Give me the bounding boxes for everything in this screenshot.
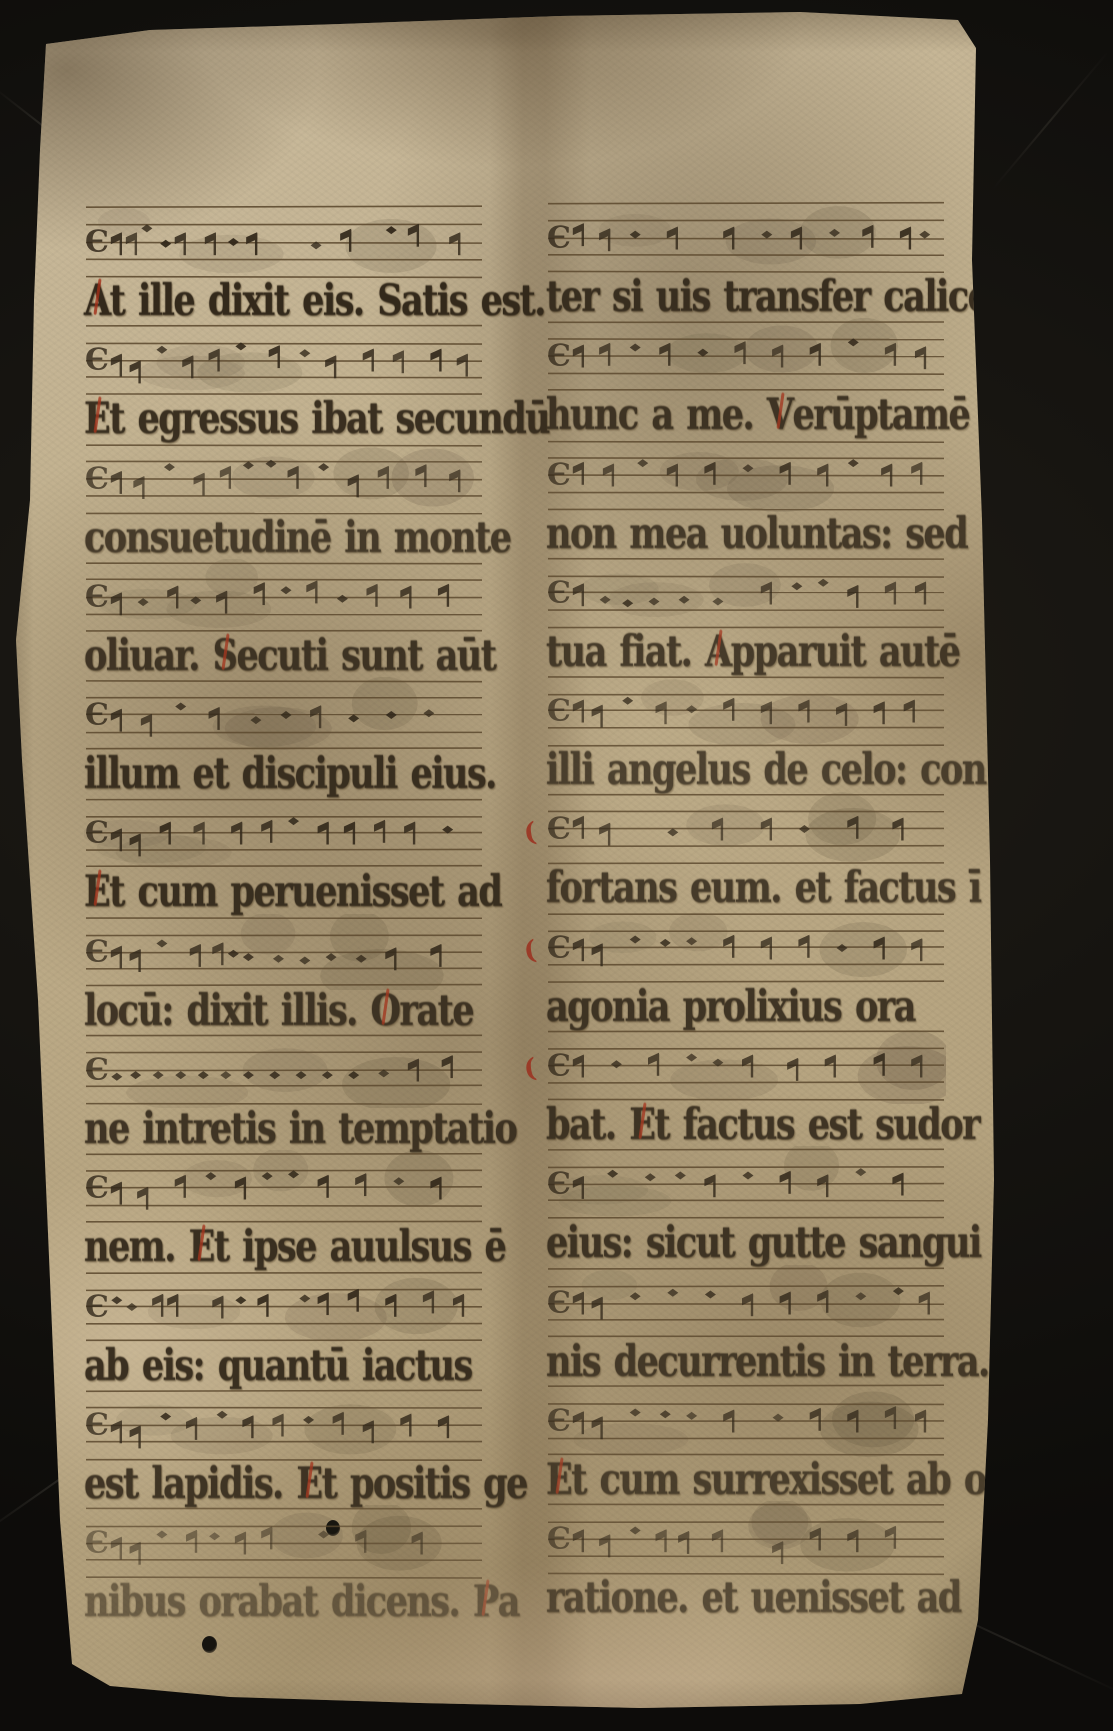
chant-text-line: ne intretis in temptatio bbox=[84, 1104, 484, 1154]
chant-text-line: eius: sicut gutte sangui bbox=[546, 1218, 946, 1268]
virga-note bbox=[194, 472, 205, 495]
virga-note bbox=[659, 343, 670, 366]
virga-note bbox=[363, 349, 374, 372]
virga-note bbox=[599, 1535, 610, 1558]
background-scratch bbox=[991, 51, 1108, 190]
virga-note bbox=[712, 1529, 723, 1552]
chant-text-segment: t egressus ibat secundū bbox=[109, 394, 549, 444]
c-clef-icon: Є bbox=[547, 575, 571, 610]
virga-note bbox=[130, 1542, 141, 1565]
staff-line bbox=[86, 850, 482, 851]
chant-text-line: oliuar. Secuti sunt aūt bbox=[84, 631, 484, 681]
virga-note bbox=[656, 1529, 667, 1552]
chant-text-segment: t cum surrexisset ab o bbox=[571, 1455, 986, 1505]
virga-note bbox=[599, 343, 610, 366]
c-clef-icon: Є bbox=[85, 1407, 109, 1442]
virga-note bbox=[573, 1291, 584, 1314]
c-clef-icon: Є bbox=[85, 1052, 109, 1087]
punctum-note bbox=[630, 1408, 641, 1416]
music-staff: Є bbox=[546, 1383, 946, 1459]
chant-text-segment: bat. bbox=[546, 1100, 629, 1150]
chant-text-line: fortans eum. et factus ī bbox=[546, 863, 946, 913]
chant-text-line: illum et discipuli eius. bbox=[84, 749, 484, 799]
staff-line bbox=[86, 242, 482, 243]
music-staff: Є bbox=[84, 795, 484, 871]
chant-text-segment: rate bbox=[400, 986, 474, 1036]
chant-text-segment: illi angelus de celo: con bbox=[546, 745, 986, 795]
music-staff: Є bbox=[84, 1505, 484, 1581]
chant-system: Єhunc a me. Verūptamē bbox=[546, 318, 946, 436]
virga-note bbox=[678, 1531, 689, 1554]
virga-note bbox=[220, 465, 231, 488]
staff-line bbox=[548, 677, 944, 678]
music-staff: Є bbox=[84, 1150, 484, 1226]
chant-text-segment: consuetudinē in monte bbox=[84, 513, 511, 563]
c-clef-icon: Є bbox=[547, 220, 571, 255]
punctum-note bbox=[228, 949, 239, 957]
punctum-note bbox=[622, 697, 633, 705]
staff-line bbox=[86, 1390, 482, 1391]
punctum-note bbox=[919, 231, 930, 239]
chant-text-line: nem. Et ipse auulsus ē bbox=[84, 1222, 484, 1272]
chant-system: Єter si uis transfer calice bbox=[546, 200, 946, 318]
chant-text-segment: ne intretis in temptatio bbox=[84, 1104, 516, 1154]
music-staff: Є bbox=[84, 1032, 484, 1108]
chant-system: Єne intretis in temptatio bbox=[84, 1032, 484, 1150]
punctum-note bbox=[705, 1290, 716, 1298]
rubric-touched-initial: E bbox=[84, 394, 109, 444]
punctum-note bbox=[156, 939, 167, 947]
chant-text-line: Et cum peruenisset ad bbox=[84, 867, 484, 917]
chant-system: Єest lapidis. Et positis ge bbox=[84, 1387, 484, 1505]
punctum-note bbox=[667, 1288, 678, 1296]
punctum-note bbox=[611, 1060, 622, 1068]
chant-text-segment: non mea uoluntas: sed bbox=[546, 509, 967, 559]
chant-text-segment: ecuti sunt aūt bbox=[236, 631, 495, 681]
chant-text-line: est lapidis. Et positis ge bbox=[84, 1459, 484, 1509]
chant-text-line: Et egressus ibat secundū bbox=[84, 394, 484, 444]
rubric-touched-initial: A bbox=[705, 627, 731, 677]
chant-system: Єilli angelus de celo: con bbox=[546, 673, 946, 791]
rubric-touched-initial: A bbox=[84, 276, 110, 326]
chant-text-line: agonia prolixius ora bbox=[546, 982, 946, 1032]
rubric-touched-initial: E bbox=[629, 1100, 654, 1150]
c-clef-icon: Є bbox=[547, 1048, 571, 1083]
punctum-note bbox=[164, 463, 175, 471]
punctum-note bbox=[675, 1172, 686, 1180]
punctum-note bbox=[423, 709, 434, 717]
c-clef-icon: Є bbox=[85, 461, 109, 496]
punctum-note bbox=[743, 1172, 754, 1180]
staff-line bbox=[86, 445, 482, 446]
virga-note bbox=[915, 346, 926, 369]
c-clef-icon: Є bbox=[547, 694, 571, 729]
chant-text-segment: eius: sicut gutte sangui bbox=[546, 1218, 981, 1268]
music-staff: Є bbox=[84, 322, 484, 398]
music-staff: Є bbox=[546, 555, 946, 631]
c-clef-icon: Є bbox=[547, 457, 571, 492]
chant-text-segment: tua fiat. bbox=[546, 627, 705, 677]
chant-text-segment: t positis ge bbox=[322, 1459, 527, 1509]
virga-note bbox=[130, 361, 141, 384]
music-staff: Є bbox=[546, 318, 946, 394]
staff-line bbox=[86, 206, 482, 207]
chant-system: Єoliuar. Secuti sunt aūt bbox=[84, 559, 484, 677]
punctum-note bbox=[111, 1296, 122, 1304]
music-staff: Є bbox=[546, 437, 946, 513]
punctum-note bbox=[220, 1071, 231, 1079]
c-clef-icon: Є bbox=[547, 812, 571, 847]
chant-system: Єagonia prolixius ora bbox=[546, 910, 946, 1028]
chant-text-segment: nem. bbox=[84, 1222, 189, 1272]
rubric-touched-initial: V bbox=[767, 390, 793, 440]
virga-note bbox=[911, 461, 922, 484]
punctum-note bbox=[318, 463, 329, 471]
virga-note bbox=[366, 584, 377, 607]
punctum-note bbox=[667, 829, 678, 837]
staff-line bbox=[548, 964, 944, 965]
punctum-note bbox=[630, 344, 641, 352]
chant-text-segment: t ipse auulsus ē bbox=[214, 1222, 505, 1272]
staff-line bbox=[86, 1272, 482, 1273]
c-clef-icon: Є bbox=[85, 343, 109, 378]
c-clef-icon: Є bbox=[547, 1167, 571, 1202]
staff-line bbox=[86, 377, 482, 378]
staff-line bbox=[86, 478, 482, 479]
staff-line bbox=[86, 1187, 482, 1188]
music-staff: Є bbox=[84, 204, 484, 280]
c-clef-icon: Є bbox=[85, 579, 109, 614]
red-pigment-mark bbox=[0, 0, 5, 26]
staff-line bbox=[548, 441, 944, 442]
virga-note bbox=[810, 1408, 821, 1431]
rubric-touched-initial: P bbox=[473, 1577, 498, 1627]
punctum-note bbox=[686, 1054, 697, 1062]
music-staff: Є bbox=[546, 791, 946, 867]
music-staff: Є bbox=[546, 1265, 946, 1341]
staff-line bbox=[548, 374, 944, 375]
c-clef-icon: Є bbox=[85, 934, 109, 969]
chant-text-line: ter si uis transfer calice bbox=[546, 272, 946, 322]
music-staff: Є bbox=[546, 1146, 946, 1222]
virga-note bbox=[900, 227, 911, 250]
chant-text-line: consuetudinē in monte bbox=[84, 513, 484, 563]
virga-note bbox=[111, 232, 122, 255]
punctum-note bbox=[299, 956, 310, 964]
chant-text-segment: fortans eum. et factus ī bbox=[546, 863, 981, 913]
music-staff: Є bbox=[84, 1387, 484, 1463]
virga-note bbox=[573, 816, 584, 839]
chant-system: Єnem. Et ipse auulsus ē bbox=[84, 1150, 484, 1268]
manuscript-photo-stage: ЄAt ille dixit eis. Satis est.ЄEt egress… bbox=[0, 0, 1113, 1731]
c-clef-icon: Є bbox=[85, 1171, 109, 1206]
chant-text-segment: est lapidis. bbox=[84, 1459, 296, 1509]
virga-note bbox=[186, 1530, 197, 1553]
chant-text-segment: pparuit autē bbox=[731, 627, 960, 677]
punctum-note bbox=[243, 953, 254, 961]
chant-system: Єab eis: quantū iactus bbox=[84, 1269, 484, 1387]
chant-text-segment: agonia prolixius ora bbox=[546, 982, 915, 1032]
virga-note bbox=[111, 354, 122, 377]
staff-line bbox=[548, 238, 944, 239]
punctum-note bbox=[660, 1410, 671, 1418]
chant-text-segment: nibus orabat dicens. bbox=[84, 1577, 473, 1627]
chant-system: Єnibus orabat dicens. Pa bbox=[84, 1505, 484, 1623]
chant-text-line: locū: dixit illis. Orate bbox=[84, 986, 484, 1036]
chant-text-line: hunc a me. Verūptamē bbox=[546, 390, 946, 440]
punctum-note bbox=[637, 459, 648, 467]
virga-note bbox=[438, 584, 449, 607]
virga-note bbox=[780, 1171, 791, 1194]
virga-note bbox=[355, 1173, 366, 1196]
virga-note bbox=[599, 823, 610, 846]
staff-line bbox=[86, 1289, 482, 1290]
chant-system: ЄEt cum surrexisset ab o bbox=[546, 1383, 946, 1501]
virga-note bbox=[847, 585, 858, 608]
punctum-note bbox=[686, 1412, 697, 1420]
music-staff: Є bbox=[546, 1028, 946, 1104]
virga-note bbox=[573, 223, 584, 246]
music-staff: Є bbox=[546, 910, 946, 986]
virga-note bbox=[306, 580, 317, 603]
staff-line bbox=[548, 576, 944, 577]
c-clef-icon: Є bbox=[547, 930, 571, 965]
rubric-touched-initial: E bbox=[189, 1222, 214, 1272]
chant-system: Єeius: sicut gutte sangui bbox=[546, 1146, 946, 1264]
staff-line bbox=[86, 952, 482, 953]
chant-system: Єratione. et uenisset ad bbox=[546, 1501, 946, 1619]
chant-text-segment: ratione. et uenisset ad bbox=[546, 1573, 961, 1623]
music-staff: Є bbox=[84, 441, 484, 517]
chant-system: Єlocū: dixit illis. Orate bbox=[84, 914, 484, 1032]
punctum-note bbox=[848, 459, 859, 467]
rubric-touched-initial: S bbox=[213, 631, 237, 681]
chant-text-line: At ille dixit eis. Satis est. bbox=[84, 276, 484, 326]
text-column-left: ЄAt ille dixit eis. Satis est.ЄEt egress… bbox=[84, 204, 484, 1624]
punctum-note bbox=[160, 240, 171, 248]
punctum-note bbox=[855, 1168, 866, 1176]
punctum-note bbox=[273, 955, 284, 963]
virga-note bbox=[111, 1182, 122, 1205]
punctum-note bbox=[126, 1303, 137, 1311]
chant-text-segment: ter si uis transfer calice bbox=[546, 272, 988, 322]
chant-text-segment: nis decurrentis in terra. bbox=[546, 1337, 989, 1387]
chant-system: Єbat. Et factus est sudor bbox=[546, 1028, 946, 1146]
c-clef-icon: Є bbox=[547, 339, 571, 374]
chant-text-segment: ab eis: quantū iactus bbox=[84, 1341, 472, 1391]
music-staff: Є bbox=[546, 673, 946, 749]
virga-note bbox=[261, 1527, 272, 1550]
red-margin-mark: ( bbox=[522, 935, 538, 966]
chant-text-line: nis decurrentis in terra. bbox=[546, 1337, 946, 1387]
punctum-note bbox=[645, 1174, 656, 1182]
staff-line bbox=[86, 1171, 482, 1172]
parchment-leaf: ЄAt ille dixit eis. Satis est.ЄEt egress… bbox=[0, 0, 1113, 1731]
punctum-note bbox=[175, 703, 186, 711]
punctum-note bbox=[209, 1532, 220, 1540]
c-clef-icon: Є bbox=[547, 1403, 571, 1438]
chant-system: Єfortans eum. et factus ī bbox=[546, 791, 946, 909]
chant-system: Єillum et discipuli eius. bbox=[84, 677, 484, 795]
punctum-note bbox=[791, 582, 802, 590]
c-clef-icon: Є bbox=[547, 1522, 571, 1557]
text-column-right: Єter si uis transfer caliceЄhunc a me. V… bbox=[546, 200, 946, 1620]
virga-note bbox=[573, 583, 584, 606]
chant-text-line: tua fiat. Apparuit autē bbox=[546, 627, 946, 677]
music-staff: Є bbox=[84, 914, 484, 990]
virga-note bbox=[261, 820, 272, 843]
chant-text-line: ratione. et uenisset ad bbox=[546, 1573, 946, 1623]
chant-text-line: bat. Et factus est sudor bbox=[546, 1100, 946, 1150]
parchment-hole bbox=[202, 1636, 217, 1653]
virga-note bbox=[318, 1175, 329, 1198]
staff-line bbox=[548, 339, 944, 340]
music-staff: Є bbox=[546, 200, 946, 276]
virga-note bbox=[787, 1058, 798, 1081]
virga-note bbox=[190, 944, 201, 967]
staff-line bbox=[86, 1085, 482, 1086]
virga-note bbox=[111, 945, 122, 968]
virga-note bbox=[573, 461, 584, 484]
chant-system: Єnis decurrentis in terra. bbox=[546, 1265, 946, 1383]
virga-note bbox=[457, 354, 468, 377]
staff-line bbox=[86, 579, 482, 580]
virga-note bbox=[438, 1415, 449, 1438]
punctum-note bbox=[235, 1296, 246, 1304]
chant-text-segment: oliuar. bbox=[84, 631, 213, 681]
chant-text-segment: hunc a me. bbox=[546, 390, 767, 440]
virga-note bbox=[212, 942, 223, 965]
virga-note bbox=[257, 1293, 268, 1316]
punctum-note bbox=[818, 579, 829, 587]
staff-line bbox=[86, 1052, 482, 1053]
virga-note bbox=[430, 349, 441, 372]
virga-note bbox=[111, 1420, 122, 1443]
chant-text-line: illi angelus de celo: con bbox=[546, 745, 946, 795]
virga-note bbox=[325, 356, 336, 379]
punctum-note bbox=[660, 939, 671, 947]
chant-text-line: ab eis: quantū iactus bbox=[84, 1341, 484, 1391]
chant-text-line: Et cum surrexisset ab o bbox=[546, 1455, 946, 1505]
punctum-note bbox=[299, 349, 310, 357]
chant-text-segment: erūptamē bbox=[793, 390, 970, 440]
c-clef-icon: Є bbox=[85, 816, 109, 851]
staff-line bbox=[548, 1285, 944, 1286]
chant-text-segment: illum et discipuli eius. bbox=[84, 749, 496, 799]
virga-note bbox=[175, 1175, 186, 1198]
rubric-touched-initial: E bbox=[296, 1459, 321, 1509]
chant-text-segment: t factus est sudor bbox=[654, 1100, 979, 1150]
virga-note bbox=[573, 938, 584, 961]
chant-system: Єconsuetudinē in monte bbox=[84, 441, 484, 559]
staff-line bbox=[86, 681, 482, 682]
virga-note bbox=[648, 1053, 659, 1076]
red-margin-mark: ( bbox=[522, 1053, 538, 1084]
rubric-touched-initial: O bbox=[371, 986, 400, 1036]
virga-note bbox=[874, 701, 885, 724]
chant-text-segment: locū: dixit illis. bbox=[84, 986, 371, 1036]
staff-line bbox=[548, 203, 944, 204]
c-clef-icon: Є bbox=[547, 1285, 571, 1320]
music-staff: Є bbox=[546, 1501, 946, 1577]
virga-note bbox=[592, 1296, 603, 1319]
virga-note bbox=[798, 935, 809, 958]
virga-note bbox=[111, 470, 122, 493]
chant-text-segment: a bbox=[498, 1577, 519, 1627]
staff-line bbox=[548, 1167, 944, 1168]
chant-system: ЄEt egressus ibat secundū bbox=[84, 322, 484, 440]
virga-note bbox=[704, 1175, 715, 1198]
punctum-note bbox=[130, 1071, 141, 1079]
virga-note bbox=[911, 938, 922, 961]
virga-note bbox=[573, 1529, 584, 1552]
staff-line bbox=[548, 1048, 944, 1049]
staff-line bbox=[86, 344, 482, 345]
chant-system: Єnon mea uoluntas: sed bbox=[546, 437, 946, 555]
staff-line bbox=[86, 1154, 482, 1155]
chant-text-segment: t cum peruenisset ad bbox=[109, 867, 501, 917]
staff-line bbox=[548, 475, 944, 476]
virga-note bbox=[573, 1411, 584, 1434]
red-margin-mark: ( bbox=[522, 817, 538, 848]
chant-text-line: nibus orabat dicens. Pa bbox=[84, 1577, 484, 1627]
virga-note bbox=[111, 1537, 122, 1560]
staff-line bbox=[548, 1150, 944, 1151]
staff-line bbox=[86, 968, 482, 969]
staff-line bbox=[548, 1184, 944, 1185]
chant-system: ЄEt cum peruenisset ad bbox=[84, 795, 484, 913]
punctum-note bbox=[337, 595, 348, 603]
punctum-note bbox=[156, 1531, 167, 1539]
music-staff: Є bbox=[84, 1269, 484, 1345]
staff-line bbox=[548, 1082, 944, 1083]
chant-text-line: non mea uoluntas: sed bbox=[546, 509, 946, 559]
punctum-note bbox=[630, 1527, 641, 1535]
virga-note bbox=[919, 1291, 930, 1314]
staff-line bbox=[548, 1385, 944, 1386]
music-staff: Є bbox=[84, 677, 484, 753]
staff-line bbox=[86, 1070, 482, 1071]
punctum-note bbox=[111, 1073, 122, 1081]
chant-text-segment: t ille dixit eis. Satis est. bbox=[110, 276, 545, 326]
chant-system: Єtua fiat. Apparuit autē bbox=[546, 555, 946, 673]
punctum-note bbox=[281, 586, 292, 594]
staff-line bbox=[548, 1268, 944, 1269]
c-clef-icon: Є bbox=[85, 1526, 109, 1561]
rubric-touched-initial: E bbox=[546, 1455, 571, 1505]
virga-note bbox=[111, 709, 122, 732]
punctum-note bbox=[288, 818, 299, 826]
chant-system: ЄAt ille dixit eis. Satis est. bbox=[84, 204, 484, 322]
virga-note bbox=[374, 820, 385, 843]
staff-line bbox=[548, 846, 944, 847]
rubric-touched-initial: E bbox=[84, 867, 109, 917]
c-clef-icon: Є bbox=[85, 698, 109, 733]
c-clef-icon: Є bbox=[85, 224, 109, 259]
music-staff: Є bbox=[84, 559, 484, 635]
virga-note bbox=[592, 705, 603, 728]
c-clef-icon: Є bbox=[85, 1289, 109, 1324]
